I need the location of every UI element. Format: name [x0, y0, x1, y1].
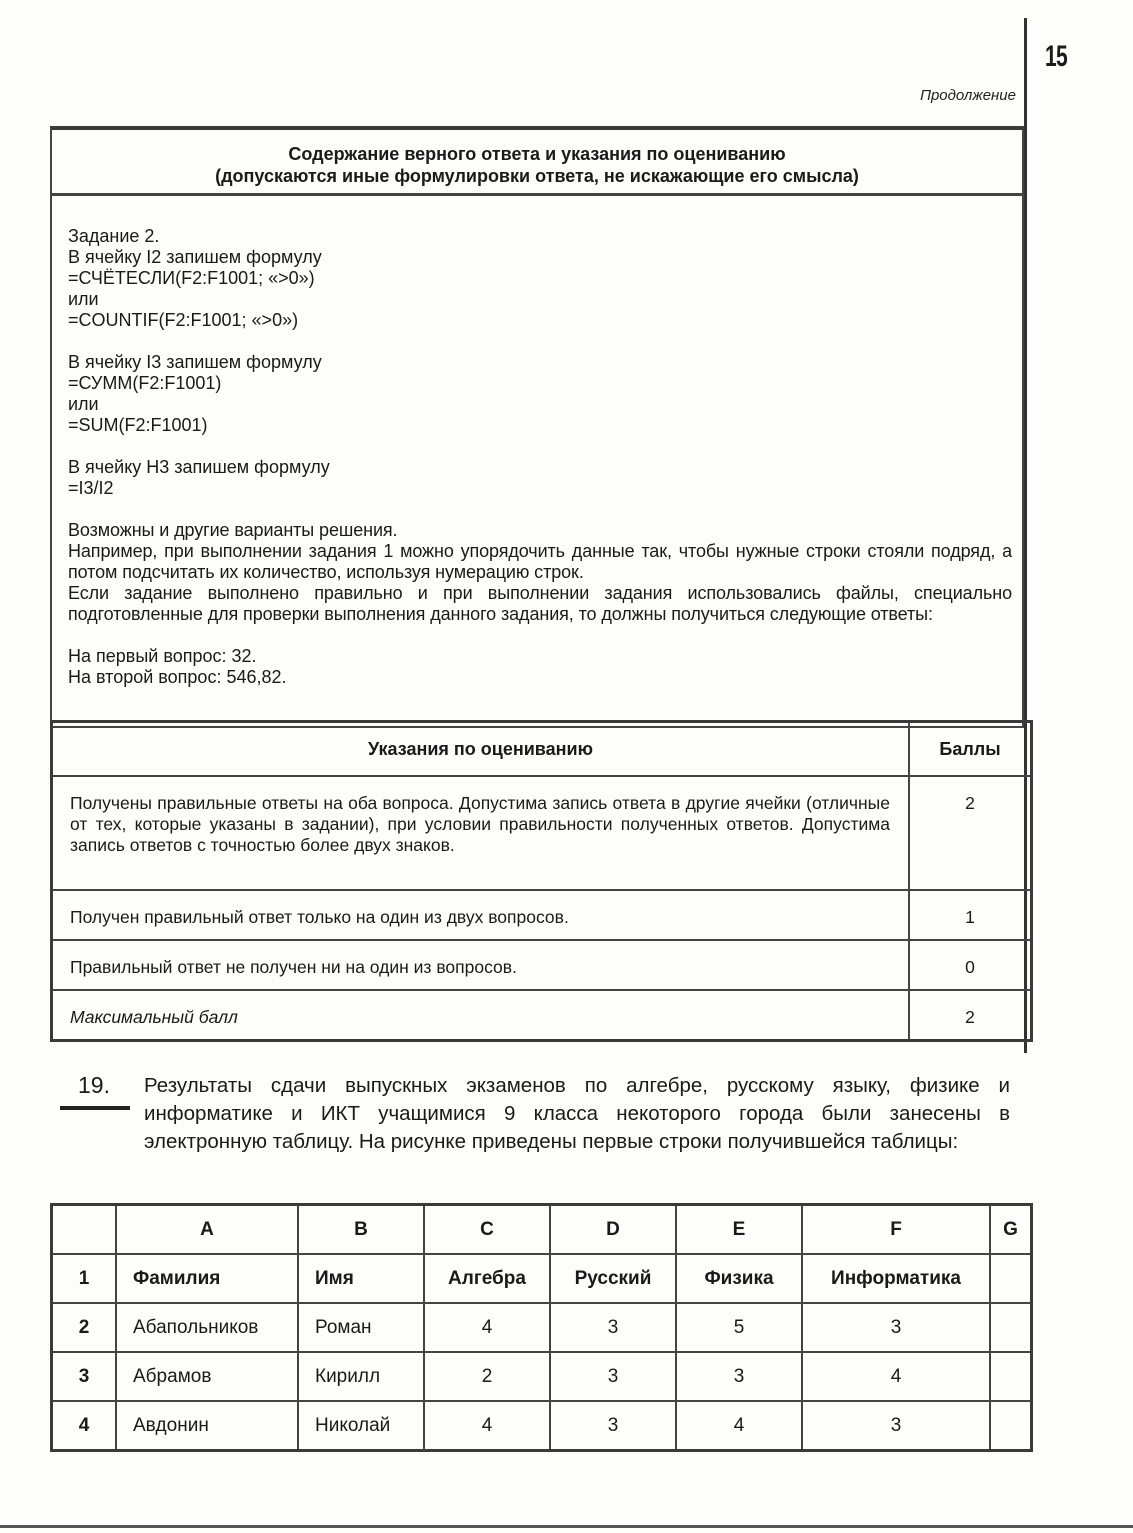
- sheet-row: 2 Абапольников Роман 4 3 5 3: [52, 1303, 1032, 1352]
- answer-box-header: Содержание верного ответа и указания по …: [52, 130, 1022, 196]
- paragraph: Если задание выполнено правильно и при в…: [68, 583, 1012, 625]
- column-header: A: [116, 1205, 298, 1255]
- header-line-2: (допускаются иные формулировки ответа, н…: [52, 165, 1022, 187]
- cell: Роман: [298, 1303, 424, 1352]
- row-number: 3: [52, 1352, 117, 1401]
- grading-desc: Получены правильные ответы на оба вопрос…: [52, 776, 910, 890]
- bottom-rule: [0, 1525, 1133, 1528]
- cell: Абрамов: [116, 1352, 298, 1401]
- spreadsheet-table: A B C D E F G 1 Фамилия Имя Алгебра Русс…: [50, 1203, 1033, 1452]
- grading-table: Указания по оцениванию Баллы Получены пр…: [50, 720, 1033, 1042]
- formula: =I3/I2: [68, 478, 1022, 499]
- continued-label: Продолжение: [920, 87, 1016, 104]
- answer-box-body: Задание 2. В ячейку I2 запишем формулу =…: [52, 196, 1022, 726]
- answer-box: Содержание верного ответа и указания по …: [50, 126, 1024, 728]
- header-line-1: Содержание верного ответа и указания по …: [52, 143, 1022, 165]
- cell: 3: [550, 1352, 676, 1401]
- grading-desc: Максимальный балл: [52, 990, 910, 1041]
- answer-2: На второй вопрос: 546,82.: [68, 667, 1022, 688]
- grading-row: Получен правильный ответ только на один …: [52, 890, 1032, 940]
- cell: 5: [676, 1303, 802, 1352]
- cell: [990, 1303, 1032, 1352]
- cell: Фамилия: [116, 1254, 298, 1303]
- question-text: Результаты сдачи выпускных экзаменов по …: [144, 1072, 1010, 1156]
- grading-score: 0: [909, 940, 1032, 990]
- text-line: В ячейку I3 запишем формулу: [68, 352, 1022, 373]
- row-number: 4: [52, 1401, 117, 1451]
- column-header: E: [676, 1205, 802, 1255]
- grading-header-score: Баллы: [909, 722, 1032, 777]
- cell: 3: [802, 1303, 990, 1352]
- cell: Кирилл: [298, 1352, 424, 1401]
- cell: Николай: [298, 1401, 424, 1451]
- column-header: G: [990, 1205, 1032, 1255]
- formula: =СУММ(F2:F1001): [68, 373, 1022, 394]
- column-header: D: [550, 1205, 676, 1255]
- text-line: В ячейку H3 запишем формулу: [68, 457, 1022, 478]
- grading-desc: Получен правильный ответ только на один …: [52, 890, 910, 940]
- cell: Авдонин: [116, 1401, 298, 1451]
- sheet-row: 3 Абрамов Кирилл 2 3 3 4: [52, 1352, 1032, 1401]
- cell: 3: [676, 1352, 802, 1401]
- column-header: F: [802, 1205, 990, 1255]
- formula: =SUM(F2:F1001): [68, 415, 1022, 436]
- paragraph: Возможны и другие варианты решения.: [68, 520, 1012, 541]
- text-line: Задание 2.: [68, 226, 1022, 247]
- grading-score: 2: [909, 990, 1032, 1041]
- column-header: C: [424, 1205, 550, 1255]
- cell: [990, 1401, 1032, 1451]
- cell: [990, 1352, 1032, 1401]
- cell: Информатика: [802, 1254, 990, 1303]
- text-line: или: [68, 394, 1022, 415]
- cell: Алгебра: [424, 1254, 550, 1303]
- formula: =COUNTIF(F2:F1001; «>0»): [68, 310, 1022, 331]
- page-number: 15: [1045, 40, 1067, 74]
- cell: 3: [550, 1401, 676, 1451]
- cell: Физика: [676, 1254, 802, 1303]
- formula: =СЧЁТЕСЛИ(F2:F1001; «>0»): [68, 268, 1022, 289]
- grading-header-desc: Указания по оцениванию: [52, 722, 910, 777]
- cell: 2: [424, 1352, 550, 1401]
- grading-desc: Правильный ответ не получен ни на один и…: [52, 940, 910, 990]
- grading-row: Получены правильные ответы на оба вопрос…: [52, 776, 1032, 890]
- cell: Имя: [298, 1254, 424, 1303]
- cell: Абапольников: [116, 1303, 298, 1352]
- paragraph: Например, при выполнении задания 1 можно…: [68, 541, 1012, 583]
- cell: 4: [424, 1303, 550, 1352]
- cell: 3: [802, 1401, 990, 1451]
- cell: [990, 1254, 1032, 1303]
- answer-1: На первый вопрос: 32.: [68, 646, 1022, 667]
- sheet-row: 4 Авдонин Николай 4 3 4 3: [52, 1401, 1032, 1451]
- cell: 4: [424, 1401, 550, 1451]
- row-number: 2: [52, 1303, 117, 1352]
- row-number: 1: [52, 1254, 117, 1303]
- grading-score: 2: [909, 776, 1032, 890]
- cell: Русский: [550, 1254, 676, 1303]
- corner-cell: [52, 1205, 117, 1255]
- grading-row: Правильный ответ не получен ни на один и…: [52, 940, 1032, 990]
- column-header: B: [298, 1205, 424, 1255]
- cell: 4: [676, 1401, 802, 1451]
- cell: 3: [550, 1303, 676, 1352]
- text-line: или: [68, 289, 1022, 310]
- cell: 4: [802, 1352, 990, 1401]
- sheet-row: 1 Фамилия Имя Алгебра Русский Физика Инф…: [52, 1254, 1032, 1303]
- grading-score: 1: [909, 890, 1032, 940]
- text-line: В ячейку I2 запишем формулу: [68, 247, 1022, 268]
- grading-row: Максимальный балл 2: [52, 990, 1032, 1041]
- question-number: 19.: [78, 1072, 110, 1099]
- column-header-row: A B C D E F G: [52, 1205, 1032, 1255]
- question-underline: [60, 1106, 130, 1110]
